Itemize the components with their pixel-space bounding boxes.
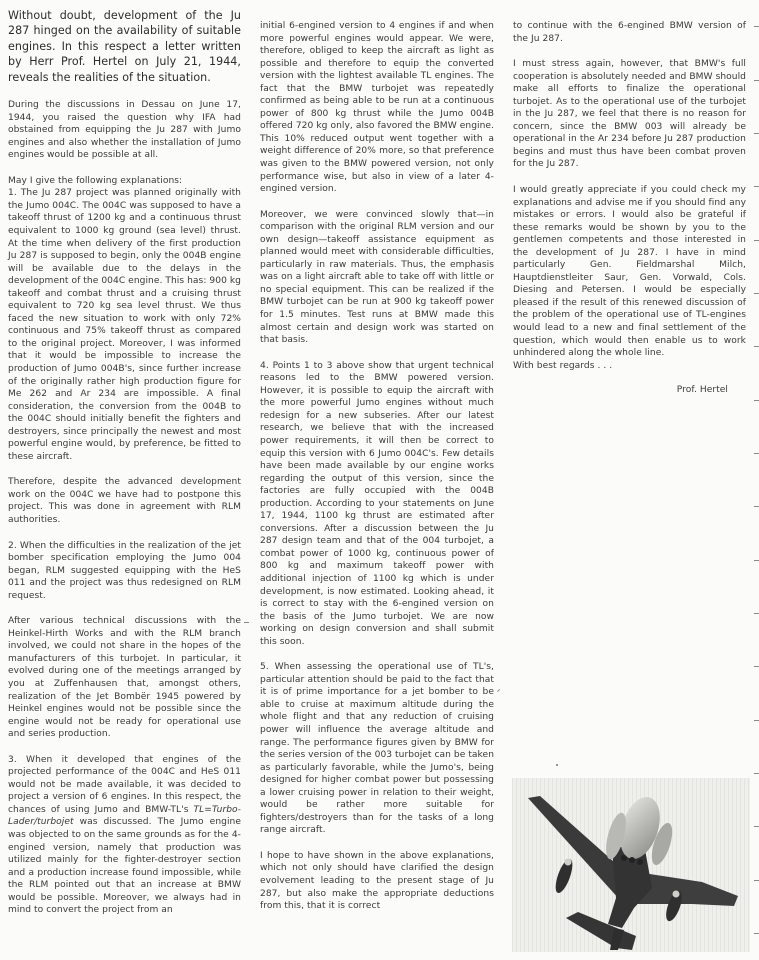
letter-paragraph: Moreover, we were convinced slowly that—… (260, 209, 494, 347)
margin-mark (754, 933, 759, 934)
aircraft-photo (512, 778, 750, 952)
column-3: to continue with the 6-engined BMW versi… (513, 20, 746, 410)
margin-mark (754, 453, 759, 454)
margin-mark (754, 133, 759, 134)
letter-paragraph: I must stress again, however, that BMW's… (513, 58, 746, 171)
margin-mark (754, 346, 759, 347)
letter-paragraph-point-2: 2. When the difficulties in the realizat… (8, 540, 241, 603)
letter-paragraph: After various technical discussions with… (8, 615, 241, 740)
margin-mark (754, 293, 759, 294)
margin-mark (754, 400, 759, 401)
margin-mark (754, 720, 759, 721)
text-run: was discussed. The Jumo engine was objec… (8, 817, 241, 915)
speck (556, 764, 558, 766)
letter-closing: With best regards . . . (513, 360, 746, 373)
letter-paragraph-point-3: 3. When it developed that engines of the… (8, 754, 241, 917)
intro-paragraph: Without doubt, development of the Ju 287… (8, 8, 241, 85)
letter-paragraph: During the discussions in Dessau on June… (8, 99, 241, 162)
margin-mark (754, 666, 759, 667)
column-2: initial 6-engined version to 4 engines i… (260, 20, 494, 926)
margin-mark (754, 186, 759, 187)
aircraft-icon (512, 778, 750, 952)
letter-paragraph: May I give the following explanations: (8, 175, 241, 188)
letter-signature: Prof. Hertel (513, 384, 746, 397)
margin-mark (754, 506, 759, 507)
margin-mark (754, 240, 759, 241)
margin-mark (754, 773, 759, 774)
letter-paragraph-point-1: 1. The Ju 287 project was planned origin… (8, 187, 241, 463)
letter-paragraph-point-5: 5. When assessing the operational use of… (260, 661, 494, 837)
letter-paragraph: I would greatly appreciate if you could … (513, 184, 746, 360)
margin-mark (754, 80, 759, 81)
margin-mark (754, 826, 759, 827)
letter-paragraph: to continue with the 6-engined BMW versi… (513, 20, 746, 45)
letter-paragraph: I hope to have shown in the above explan… (260, 850, 494, 913)
margin-mark (497, 689, 500, 692)
margin-mark (244, 622, 249, 623)
margin-mark (754, 880, 759, 881)
letter-paragraph: initial 6-engined version to 4 engines i… (260, 20, 494, 196)
margin-mark (754, 560, 759, 561)
margin-mark (754, 613, 759, 614)
column-1: Without doubt, development of the Ju 287… (8, 8, 241, 930)
letter-paragraph: Therefore, despite the advanced developm… (8, 476, 241, 526)
margin-mark (754, 26, 759, 27)
letter-paragraph-point-4: 4. Points 1 to 3 above show that urgent … (260, 360, 494, 649)
